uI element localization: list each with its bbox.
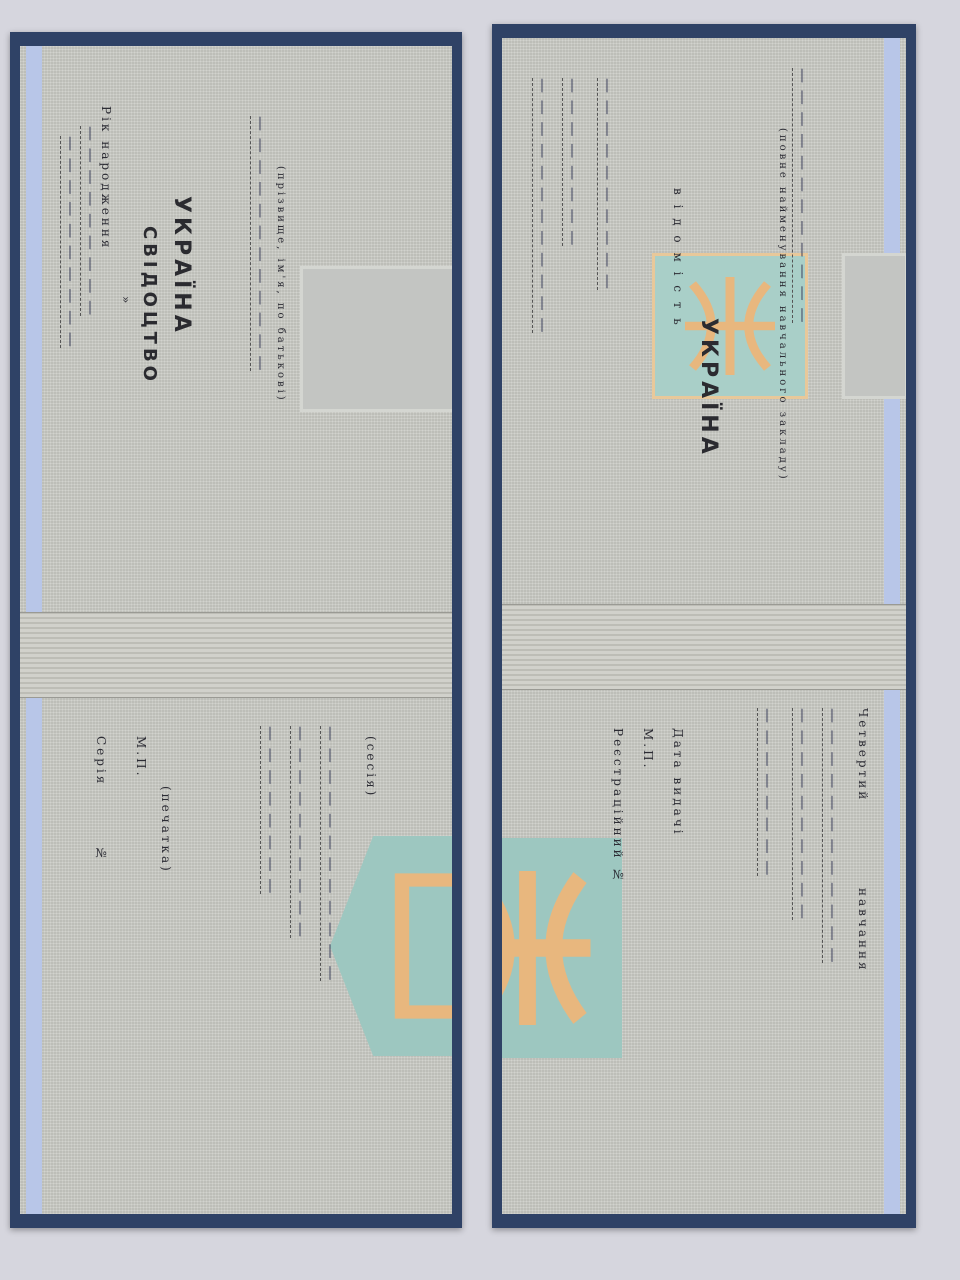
left-hand-line-1: — — — — — — — — — — — —: [250, 116, 268, 371]
faded-panel: [842, 253, 906, 399]
right-hand-line-1: — — — — — — — — — — — —: [792, 68, 810, 323]
large-trident-emblem: [502, 838, 622, 1058]
left-page-top: УКРАЇНА СВІДОЦТВО — — — — — — — — — — — …: [20, 46, 452, 612]
left-label-mp: М.П.: [135, 736, 147, 778]
right-hand-line-4: — — — — — — — — — — — —: [532, 78, 550, 333]
faded-emblem: [300, 266, 452, 412]
right-hand-line-2: — — — — — — — — — —: [597, 78, 615, 290]
right-page-top: — — — — — — — — — — — — (повне найменува…: [502, 38, 906, 604]
booklet-left: УКРАЇНА СВІДОЦТВО — — — — — — — — — — — …: [10, 32, 462, 1228]
left-bottom-hand-1: — — — — — — — — — — — —: [320, 726, 338, 981]
right-label-issue-date: Дата видачі: [672, 728, 684, 837]
left-label-year: Рік народження: [100, 106, 112, 250]
right-label-study: навчання: [857, 888, 869, 973]
left-bottom-hand-2: — — — — — — — — — —: [290, 726, 308, 938]
large-emblem-left-part: [330, 836, 452, 1056]
right-label-reg-number: Реєстраційний №: [612, 728, 624, 884]
right-paper: — — — — — — — — — — — — (повне найменува…: [502, 38, 906, 1214]
left-label-number: №: [95, 846, 107, 863]
right-title: УКРАЇНА: [697, 318, 719, 458]
left-label-quote: »: [120, 296, 132, 306]
right-label-statement: в і д о м і с т ь: [672, 188, 684, 328]
right-label-mp: М.П.: [642, 728, 654, 770]
left-hand-line-3: — — — — — — — — — —: [60, 136, 78, 348]
right-page-bottom: Четвертий навчання — — — — — — — — — — —…: [502, 688, 906, 1214]
left-page-bottom: (сесія) — — — — — — — — — — — — — — — — …: [20, 696, 452, 1214]
left-label-session: (сесія): [365, 736, 377, 798]
left-title: УКРАЇНА: [170, 196, 192, 336]
right-fold: [502, 604, 906, 690]
left-hand-line-2: — — — — — — — — —: [80, 126, 98, 316]
left-bottom-hand-3: — — — — — — — —: [260, 726, 278, 894]
left-label-seal: (печатка): [160, 786, 172, 874]
right-bottom-hand-3: — — — — — — — —: [757, 708, 775, 876]
left-subtitle: СВІДОЦТВО: [140, 226, 158, 385]
right-label-year-of-study: Четвертий: [857, 708, 869, 802]
left-fold: [20, 612, 452, 698]
right-label-institution: (повне найменування навчального закладу): [777, 128, 787, 482]
left-paper: УКРАЇНА СВІДОЦТВО — — — — — — — — — — — …: [20, 46, 452, 1214]
left-label-series: Серія: [95, 736, 107, 786]
right-bottom-hand-2: — — — — — — — — — —: [792, 708, 810, 920]
right-hand-line-3: — — — — — — — —: [562, 78, 580, 246]
left-label-name: (прізвище, ім'я, по батькові): [275, 166, 285, 403]
right-bottom-hand-1: — — — — — — — — — — — —: [822, 708, 840, 963]
booklet-right: — — — — — — — — — — — — (повне найменува…: [492, 24, 916, 1228]
